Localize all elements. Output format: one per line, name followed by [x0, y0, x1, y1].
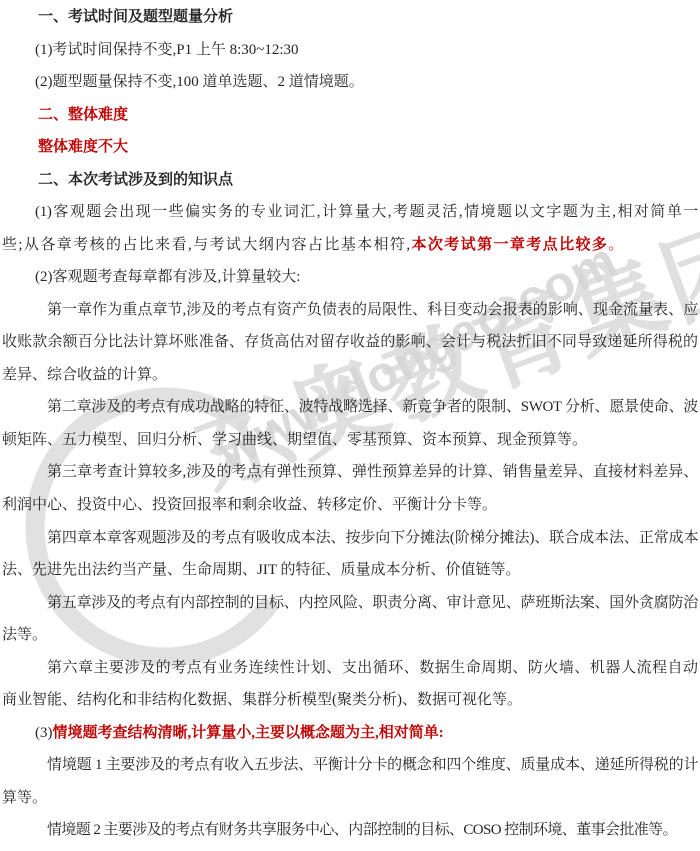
text-line: (2)题型题量保持不变,100 道单选题、2 道情境题。 — [35, 66, 698, 99]
body-text: 顿矩阵、五力模型、回归分析、学习曲线、期望值、零基预算、资本预算、现金预算等。 — [2, 432, 587, 448]
text-line: 些;从各章考核的占比来看,与考试大纲内容占比基本相符,本次考试第一章考点比较多。 — [2, 229, 698, 262]
text-line: 法、先进先出法约当产量、生命周期、JIT 的特征、质量成本分析、价值链等。 — [2, 554, 698, 587]
text-line: 第二章涉及的考点有成功战略的特征、波特战略选择、新竞争者的限制、SWOT 分析、… — [47, 391, 698, 424]
emphasis-text: 情境题考查结构清晰,计算量小,主要以概念题为主,相对简单: — [53, 725, 444, 741]
body-text: (1)考试时间保持不变,P1 上午 8:30~12:30 — [35, 42, 299, 58]
body-text: (2)题型题量保持不变,100 道单选题、2 道情境题。 — [35, 74, 364, 90]
text-line: (3)情境题考查结构清晰,计算量小,主要以概念题为主,相对简单: — [35, 717, 698, 750]
body-text: 第五章涉及的考点有内部控制的目标、内控风险、职责分离、审计意见、萨班斯法案、国外… — [47, 595, 698, 611]
body-text: (3) — [35, 725, 53, 741]
text-line: 情境题 2 主要涉及的考点有财务共享服务中心、内部控制的目标、COSO 控制环境… — [47, 814, 698, 847]
text-line: 整体难度不大 — [38, 131, 698, 164]
body-text: 第六章主要涉及的考点有业务连续性计划、支出循环、数据生命周期、防火墙、机器人流程… — [47, 660, 698, 685]
text-line: 商业智能、结构化和非结构化数据、集群分析模型(聚类分析)、数据可视化等。 — [2, 684, 698, 717]
text-line: 第一章作为重点章节,涉及的考点有资产负债表的局限性、科目变动会报表的影响、现金流… — [47, 294, 698, 327]
text-line: 算等。 — [2, 782, 698, 815]
document-body: 一、考试时间及题型题量分析(1)考试时间保持不变,P1 上午 8:30~12:3… — [2, 1, 698, 847]
body-text: 情境题 2 主要涉及的考点有财务共享服务中心、内部控制的目标、COSO 控制环境… — [47, 822, 677, 838]
body-text: 算等。 — [2, 790, 47, 806]
text-line: 利润中心、投资中心、投资回报率和剩余收益、转移定价、平衡计分卡等。 — [2, 489, 698, 522]
body-text: 一、考试时间及题型题量分析 — [38, 9, 233, 25]
text-line: 二、整体难度 — [38, 99, 698, 132]
body-text: 第四章本章客观题涉及的考点有吸收成本法、按步向下分摊法(阶梯分摊法)、联合成本法… — [47, 530, 698, 546]
body-text: (2)客观题考查每章都有涉及,计算量较大: — [35, 269, 300, 285]
text-line: 收账款余额百分比法计算坏账准备、存货高估对留存收益的影响、会计与税法折旧不同导致… — [2, 326, 698, 359]
text-line: (1)客观题会出现一些偏实务的专业词汇,计算量大,考题灵活,情境题以文字题为主,… — [35, 196, 698, 229]
body-text: 些;从各章考核的占比来看,与考试大纲内容占比基本相符, — [2, 237, 411, 253]
body-text: 利润中心、投资中心、投资回报率和剩余收益、转移定价、平衡计分卡等。 — [2, 497, 497, 513]
text-line: (1)考试时间保持不变,P1 上午 8:30~12:30 — [35, 34, 698, 67]
emphasis-text: 二、整体难度 — [38, 107, 128, 123]
body-text: 第二章涉及的考点有成功战略的特征、波特战略选择、新竞争者的限制、SWOT 分析、… — [47, 399, 698, 424]
body-text: 第三章考查计算较多,涉及的考点有弹性预算、弹性预算差异的计算、销售量差异、直接材… — [47, 464, 698, 480]
body-text: (1)客观题会出现一些偏实务的专业词汇,计算量大,考题灵活,情境题以文字题为主,… — [35, 204, 698, 220]
body-text: 情境题 1 主要涉及的考点有收入五步法、平衡计分卡的概念和四个维度、质量成本、递… — [47, 757, 698, 773]
body-text: 收账款余额百分比法计算坏账准备、存货高估对留存收益的影响、会计与税法折旧不同导致… — [2, 334, 698, 350]
text-line: (2)客观题考查每章都有涉及,计算量较大: — [35, 261, 698, 294]
document-page: { "colors": { "background": "#ffffff", "… — [0, 0, 700, 851]
emphasis-text: 。 — [608, 237, 624, 253]
emphasis-text: 本次考试第一章考点比较多 — [411, 237, 608, 253]
text-line: 第五章涉及的考点有内部控制的目标、内控风险、职责分离、审计意见、萨班斯法案、国外… — [47, 587, 698, 620]
text-line: 一、考试时间及题型题量分析 — [38, 1, 698, 34]
text-line: 第四章本章客观题涉及的考点有吸收成本法、按步向下分摊法(阶梯分摊法)、联合成本法… — [47, 522, 698, 555]
body-text: 差异、综合收益的计算。 — [2, 367, 167, 383]
body-text: 商业智能、结构化和非结构化数据、集群分析模型(聚类分析)、数据可视化等。 — [2, 692, 522, 708]
text-line: 二、本次考试涉及到的知识点 — [38, 164, 698, 197]
text-line: 第三章考查计算较多,涉及的考点有弹性预算、弹性预算差异的计算、销售量差异、直接材… — [47, 456, 698, 489]
body-text: 第一章作为重点章节,涉及的考点有资产负债表的局限性、科目变动会报表的影响、现金流… — [47, 302, 698, 318]
text-line: 法等。 — [2, 619, 698, 652]
text-line: 差异、综合收益的计算。 — [2, 359, 698, 392]
body-text: 二、本次考试涉及到的知识点 — [38, 172, 233, 188]
emphasis-text: 整体难度不大 — [38, 139, 128, 155]
body-text: 法等。 — [2, 627, 47, 643]
text-line: 情境题 1 主要涉及的考点有收入五步法、平衡计分卡的概念和四个维度、质量成本、递… — [47, 749, 698, 782]
text-line: 顿矩阵、五力模型、回归分析、学习曲线、期望值、零基预算、资本预算、现金预算等。 — [2, 424, 698, 457]
body-text: 法、先进先出法约当产量、生命周期、JIT 的特征、质量成本分析、价值链等。 — [2, 562, 520, 578]
text-line: 第六章主要涉及的考点有业务连续性计划、支出循环、数据生命周期、防火墙、机器人流程… — [47, 652, 698, 685]
